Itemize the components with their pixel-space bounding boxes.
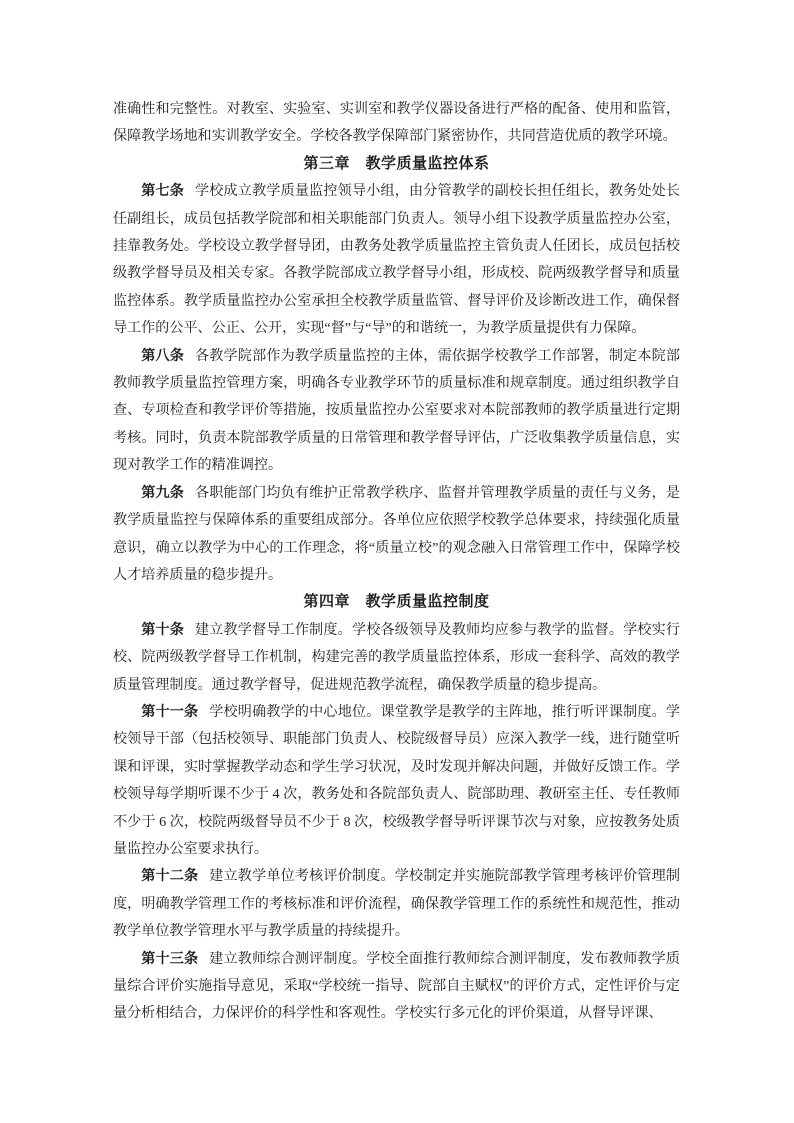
article-paragraph-10: 第十条建立教学督导工作制度。学校各级领导及教师均应参与教学的监督。学校实行校、院…: [113, 617, 680, 699]
document-body: 准确性和完整性。对教室、实验室、实训室和教学仪器设备进行严格的配备、使用和监管，…: [113, 96, 680, 1028]
chapter-heading-3: 第三章 教学质量监控体系: [113, 151, 680, 178]
article-number: 第十一条: [141, 704, 198, 720]
article-paragraph-9: 第九条各职能部门均负有维护正常教学秩序、监督并管理教学质量的责任与义务，是教学质…: [113, 480, 680, 590]
article-paragraph-7: 第七条学校成立教学质量监控领导小组，由分管教学的副校长担任组长，教务处处长任副组…: [113, 178, 680, 342]
article-text: 建立教学单位考核评价制度。学校制定并实施院部教学管理考核评价管理制度，明确教学管…: [113, 868, 680, 939]
article-text: 学校明确教学的中心地位。课堂教学是教学的主阵地，推行听评课制度。学校领导干部（包…: [113, 704, 680, 857]
article-text: 建立教学督导工作制度。学校各级领导及教师均应参与教学的监督。学校实行校、院两级教…: [113, 622, 680, 693]
article-text: 各教学院部作为教学质量监控的主体，需依据学校教学工作部署，制定本院部教师教学质量…: [113, 348, 680, 474]
article-number: 第十条: [141, 622, 184, 638]
article-number: 第九条: [141, 485, 184, 501]
chapter-heading-4: 第四章 教学质量监控制度: [113, 589, 680, 616]
chapter-heading-text: 第三章 教学质量监控体系: [303, 156, 489, 172]
article-paragraph-11: 第十一条学校明确教学的中心地位。课堂教学是教学的主阵地，推行听评课制度。学校领导…: [113, 699, 680, 863]
article-paragraph-8: 第八条各教学院部作为教学质量监控的主体，需依据学校教学工作部署，制定本院部教师教…: [113, 343, 680, 480]
article-number: 第八条: [141, 348, 184, 364]
article-number: 第十三条: [141, 951, 198, 967]
article-number: 第十二条: [141, 868, 198, 884]
paragraph-text: 准确性和完整性。对教室、实验室、实训室和教学仪器设备进行严格的配备、使用和监管，…: [113, 101, 680, 144]
chapter-heading-text: 第四章 教学质量监控制度: [303, 594, 489, 610]
article-paragraph-12: 第十二条建立教学单位考核评价制度。学校制定并实施院部教学管理考核评价管理制度，明…: [113, 863, 680, 945]
article-paragraph-13: 第十三条建立教师综合测评制度。学校全面推行教师综合测评制度，发布教师教学质量综合…: [113, 946, 680, 1028]
article-text: 建立教师综合测评制度。学校全面推行教师综合测评制度，发布教师教学质量综合评价实施…: [113, 951, 680, 1022]
continuation-paragraph: 准确性和完整性。对教室、实验室、实训室和教学仪器设备进行严格的配备、使用和监管，…: [113, 96, 680, 151]
article-text: 学校成立教学质量监控领导小组，由分管教学的副校长担任组长，教务处处长任副组长，成…: [113, 183, 680, 336]
document-page: 准确性和完整性。对教室、实验室、实训室和教学仪器设备进行严格的配备、使用和监管，…: [0, 0, 794, 1123]
article-number: 第七条: [141, 183, 184, 199]
article-text: 各职能部门均负有维护正常教学秩序、监督并管理教学质量的责任与义务，是教学质量监控…: [113, 485, 680, 583]
